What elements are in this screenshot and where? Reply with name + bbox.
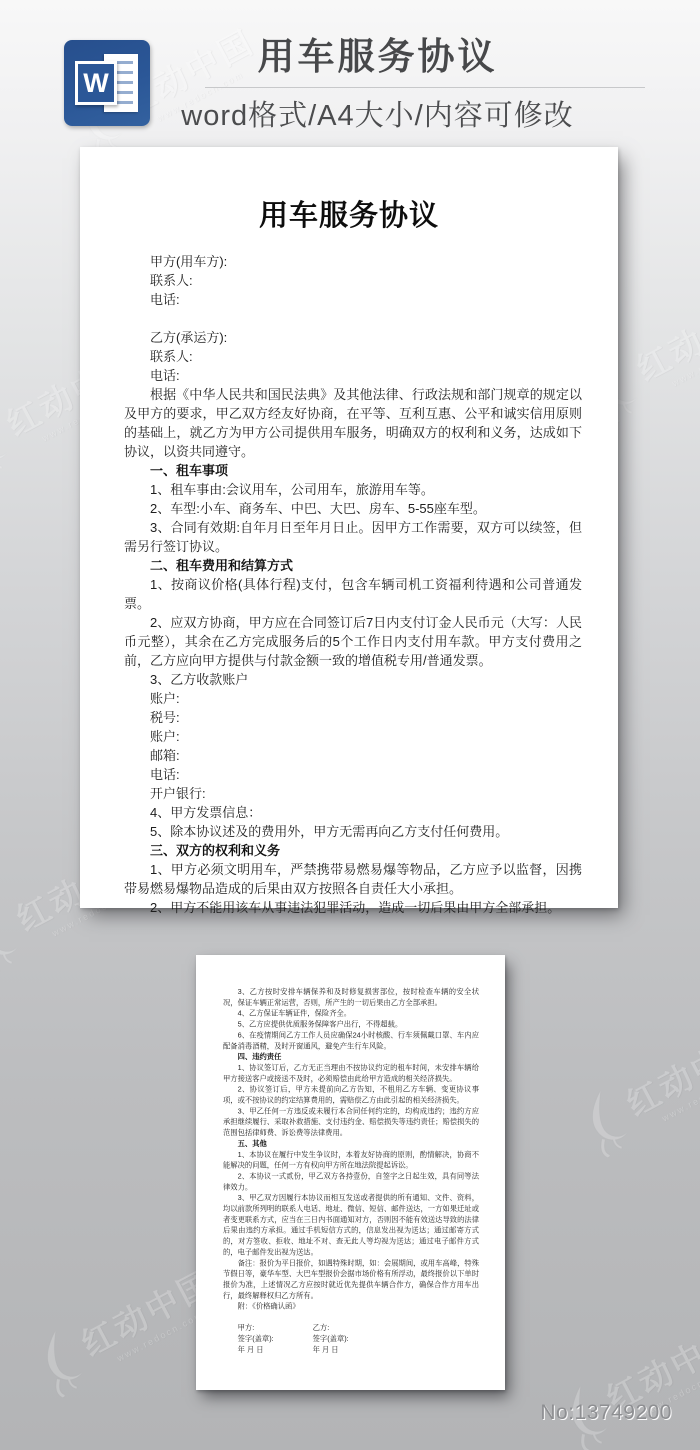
paragraph-line: 二、租车费用和结算方式 xyxy=(124,556,582,575)
signature-cell-party-a: 年 月 日 xyxy=(238,1345,313,1356)
paragraph-line: 五、其他 xyxy=(223,1139,479,1150)
paragraph-line: 账户: xyxy=(124,727,582,746)
paragraph-line: 5、除本协议述及的费用外，甲方无需再向乙方支付任何费用。 xyxy=(124,822,582,841)
paragraph-line: 4、甲方发票信息： xyxy=(124,803,582,822)
paragraph-line: 附：《价格确认函》 xyxy=(223,1302,479,1313)
signature-cell-party-b: 年 月 日 xyxy=(313,1346,339,1354)
paragraph-line: 账户: xyxy=(124,689,582,708)
paragraph-line: 2、甲方不能用该车从事违法犯罪活动，造成一切后果由甲方全部承担。 xyxy=(124,898,582,917)
signature-row: 签字(盖章):签字(盖章): xyxy=(238,1334,479,1345)
signature-cell-party-a: 甲方: xyxy=(238,1323,313,1334)
paragraph-line: 1、协议签订后，乙方无正当理由不按协议约定的租车时间，未安排车辆给甲方接送客户或… xyxy=(223,1063,479,1085)
paragraph-line: 1、按商议价格(具体行程)支付，包含车辆司机工资福利待遇和公司普通发票。 xyxy=(124,575,582,613)
paragraph-line: 1、本协议在履行中发生争议时，本着友好协商的原则，酌情解决，协商不能解决的问题，… xyxy=(223,1150,479,1172)
paragraph-line: 2、车型:小车、商务车、中巴、大巴、房车、5-55座车型。 xyxy=(124,499,582,518)
paragraph-line: 3、甲乙任何一方违反或未履行本合同任何约定的，均构成违约；违约方应承担继续履行、… xyxy=(223,1106,479,1139)
paragraph-line: 邮箱: xyxy=(124,746,582,765)
paragraph-line: 备注：报价为平日报价，如遇特殊时期，如：会展期间，或用车高峰，特殊节假日等，豪华… xyxy=(223,1258,479,1301)
paragraph-line: 电话: xyxy=(124,765,582,784)
paragraph-line xyxy=(124,309,582,328)
paragraph-line: 4、乙方保证车辆证件，保险齐全。 xyxy=(223,1009,479,1020)
paragraph-line: 联系人: xyxy=(124,347,582,366)
paragraph-line: 2、协议签订后，甲方未提前向乙方告知，不租用乙方车辆、变更协议事项，或不按协议的… xyxy=(223,1085,479,1107)
document-page-1: 用车服务协议 甲方(用车方):联系人:电话:乙方(承运方):联系人:电话:根据《… xyxy=(80,147,618,908)
paragraph-line: 2、应双方协商，甲方应在合同签订后7日内支付订金人民币元（大写：人民币元整），其… xyxy=(124,613,582,670)
header-divider xyxy=(205,87,645,88)
document-page-1-body: 甲方(用车方):联系人:电话:乙方(承运方):联系人:电话:根据《中华人民共和国… xyxy=(124,252,582,917)
signature-row: 年 月 日年 月 日 xyxy=(238,1345,479,1356)
paragraph-line: 1、租车事由:会议用车，公司用车，旅游用车等。 xyxy=(124,480,582,499)
paragraph-line: 3、乙方收款账户 xyxy=(124,670,582,689)
signature-cell-party-b: 乙方: xyxy=(313,1324,330,1332)
paragraph-line: 6、在疫情期间乙方工作人员应确保24小时核酸、行车须佩戴口罩、车内应配备消毒酒精… xyxy=(223,1030,479,1052)
paragraph-line: 电话: xyxy=(124,366,582,385)
signature-cell-party-a: 签字(盖章): xyxy=(238,1334,313,1345)
paragraph-line: 联系人: xyxy=(124,271,582,290)
paragraph-line: 1、甲方必须文明用车，严禁携带易燃易爆等物品，乙方应予以监督，因携带易燃易爆物品… xyxy=(124,860,582,898)
page-title: 用车服务协议 xyxy=(110,34,645,80)
paragraph-line: 2、本协议一式贰份，甲乙双方各持壹份，自签字之日起生效，具有同等法律效力。 xyxy=(223,1171,479,1193)
paragraph-line: 税号: xyxy=(124,708,582,727)
document-page-2-body: 3、乙方按时安排车辆保养和及时修复损害部位，按时检查车辆的安全状况，保证车辆正常… xyxy=(223,987,479,1313)
paragraph-line: 3、乙方按时安排车辆保养和及时修复损害部位，按时检查车辆的安全状况，保证车辆正常… xyxy=(223,987,479,1009)
word-icon-letter: W xyxy=(75,61,117,105)
paragraph-line: 3、合同有效期:自年月日至年月日止。因甲方工作需要，双方可以续签，但需另行签订协… xyxy=(124,518,582,556)
signature-block: 甲方:乙方:签字(盖章):签字(盖章):年 月 日年 月 日 xyxy=(223,1323,479,1356)
paragraph-line: 甲方(用车方): xyxy=(124,252,582,271)
document-page-2: 3、乙方按时安排车辆保养和及时修复损害部位，按时检查车辆的安全状况，保证车辆正常… xyxy=(196,955,505,1390)
paragraph-line: 3、甲乙双方因履行本协议而相互发送或者提供的所有通知、文件、资料，均以前款所列明… xyxy=(223,1193,479,1258)
document-title: 用车服务协议 xyxy=(80,193,618,234)
paragraph-line: 开户银行: xyxy=(124,784,582,803)
paragraph-line: 一、租车事项 xyxy=(124,461,582,480)
word-icon: W xyxy=(64,40,150,126)
template-preview-canvas: 红动中国www.redocn.com红动中国www.redocn.com红动中国… xyxy=(0,0,700,1450)
header-subtitle: word格式/A4大小/内容可修改 xyxy=(110,93,645,134)
signature-row: 甲方:乙方: xyxy=(238,1323,479,1334)
paragraph-line: 电话: xyxy=(124,290,582,309)
redocn-watermark: 红动中国www.redocn.com xyxy=(551,1308,700,1450)
paragraph-line: 5、乙方应提供优质服务保障客户出行，不得超载。 xyxy=(223,1020,479,1031)
item-number: No:13749200 xyxy=(540,1401,672,1425)
paragraph-line: 四、违约责任 xyxy=(223,1052,479,1063)
signature-cell-party-b: 签字(盖章): xyxy=(313,1335,349,1343)
paragraph-line: 乙方(承运方): xyxy=(124,328,582,347)
paragraph-line: 三、双方的权利和义务 xyxy=(124,841,582,860)
paragraph-line: 根据《中华人民共和国民法典》及其他法律、行政法规和部门规章的规定以及甲方的要求，… xyxy=(124,385,582,461)
header: 用车服务协议 word格式/A4大小/内容可修改 xyxy=(110,34,645,134)
redocn-watermark: 红动中国www.redocn.com xyxy=(571,1013,700,1161)
